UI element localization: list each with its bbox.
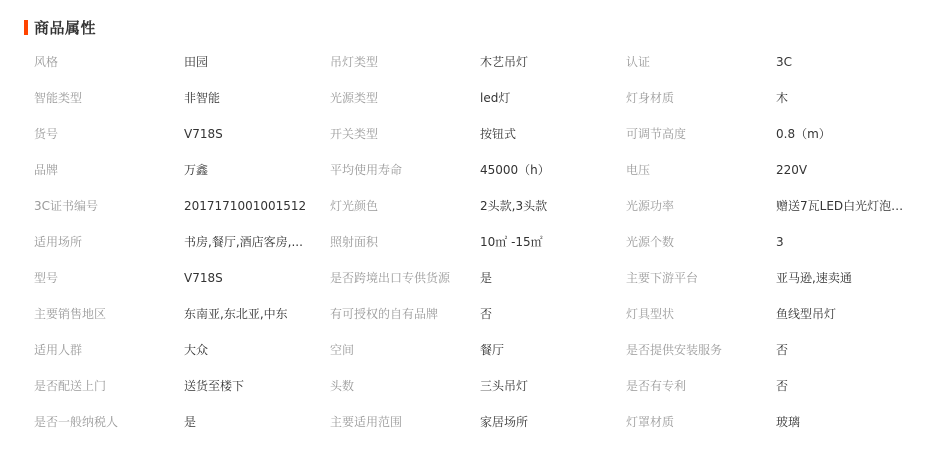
attribute-row: 型号V718S是否跨境出口专供货源是主要下游平台亚马逊,速卖通: [34, 260, 934, 296]
attributes-table: 风格田园吊灯类型木艺吊灯认证3C智能类型非智能光源类型led灯灯身材质木货号V7…: [34, 44, 934, 440]
attribute-value: 0.8（m）: [776, 116, 904, 152]
attribute-value: 餐厅: [480, 332, 610, 368]
section-header: 商品属性: [24, 16, 96, 38]
attribute-label: 光源功率: [626, 188, 771, 224]
attribute-value: 按钮式: [480, 116, 610, 152]
attribute-row: 品牌万鑫平均使用寿命45000（h）电压220V: [34, 152, 934, 188]
attribute-value: 田园: [184, 44, 309, 80]
attribute-label: 照射面积: [330, 224, 475, 260]
attribute-value: 送货至楼下: [184, 368, 309, 404]
attribute-label: 货号: [34, 116, 174, 152]
attribute-label: 是否跨境出口专供货源: [330, 260, 475, 296]
attribute-value: 否: [776, 368, 904, 404]
attribute-row: 3C证书编号2017171001001512灯光颜色2头款,3头款光源功率赠送7…: [34, 188, 934, 224]
attribute-label: 头数: [330, 368, 475, 404]
attribute-label: 平均使用寿命: [330, 152, 475, 188]
attribute-label: 主要销售地区: [34, 296, 174, 332]
attribute-label: 吊灯类型: [330, 44, 475, 80]
attribute-value: 亚马逊,速卖通: [776, 260, 904, 296]
attribute-row: 适用人群大众空间餐厅是否提供安装服务否: [34, 332, 934, 368]
attribute-value: 2头款,3头款: [480, 188, 610, 224]
attribute-label: 是否配送上门: [34, 368, 174, 404]
attribute-value: 否: [480, 296, 610, 332]
attribute-value: 10㎡ -15㎡: [480, 224, 610, 260]
attribute-label: 灯罩材质: [626, 404, 771, 440]
attribute-row: 是否一般纳税人是主要适用范围家居场所灯罩材质玻璃: [34, 404, 934, 440]
attribute-label: 电压: [626, 152, 771, 188]
attribute-value: V718S: [184, 116, 309, 152]
attribute-value: 鱼线型吊灯: [776, 296, 904, 332]
attribute-value: 非智能: [184, 80, 309, 116]
attribute-label: 光源个数: [626, 224, 771, 260]
attribute-label: 认证: [626, 44, 771, 80]
attribute-label: 智能类型: [34, 80, 174, 116]
attribute-value: 45000（h）: [480, 152, 610, 188]
attribute-value: 书房,餐厅,酒店客房,...: [184, 224, 309, 260]
attribute-row: 风格田园吊灯类型木艺吊灯认证3C: [34, 44, 934, 80]
attribute-label: 灯光颜色: [330, 188, 475, 224]
attribute-label: 可调节高度: [626, 116, 771, 152]
attribute-label: 3C证书编号: [34, 188, 174, 224]
attribute-value: 220V: [776, 152, 904, 188]
attribute-label: 有可授权的自有品牌: [330, 296, 475, 332]
attribute-label: 空间: [330, 332, 475, 368]
attribute-label: 品牌: [34, 152, 174, 188]
attribute-label: 是否提供安装服务: [626, 332, 771, 368]
attribute-value: 否: [776, 332, 904, 368]
attribute-value: 是: [480, 260, 610, 296]
attribute-value: 木: [776, 80, 904, 116]
attribute-row: 是否配送上门送货至楼下头数三头吊灯是否有专利否: [34, 368, 934, 404]
accent-bar: [24, 20, 28, 35]
attribute-label: 灯身材质: [626, 80, 771, 116]
attribute-value: 玻璃: [776, 404, 904, 440]
attribute-row: 适用场所书房,餐厅,酒店客房,...照射面积10㎡ -15㎡光源个数3: [34, 224, 934, 260]
attribute-label: 是否有专利: [626, 368, 771, 404]
attribute-label: 风格: [34, 44, 174, 80]
attribute-label: 是否一般纳税人: [34, 404, 174, 440]
attribute-value: led灯: [480, 80, 610, 116]
attribute-value: 2017171001001512: [184, 188, 309, 224]
attribute-label: 光源类型: [330, 80, 475, 116]
attribute-value: 万鑫: [184, 152, 309, 188]
attribute-value: 三头吊灯: [480, 368, 610, 404]
attribute-value: 3C: [776, 44, 904, 80]
attribute-label: 开关类型: [330, 116, 475, 152]
section-title: 商品属性: [34, 17, 96, 38]
attribute-label: 主要下游平台: [626, 260, 771, 296]
attribute-value: 大众: [184, 332, 309, 368]
attribute-label: 型号: [34, 260, 174, 296]
attribute-value: 家居场所: [480, 404, 610, 440]
attribute-value: 赠送7瓦LED白光灯泡,...: [776, 188, 904, 224]
attribute-row: 主要销售地区东南亚,东北亚,中东有可授权的自有品牌否灯具型状鱼线型吊灯: [34, 296, 934, 332]
attribute-value: 是: [184, 404, 309, 440]
attribute-row: 货号V718S开关类型按钮式可调节高度0.8（m）: [34, 116, 934, 152]
attribute-label: 适用场所: [34, 224, 174, 260]
attribute-value: 木艺吊灯: [480, 44, 610, 80]
attribute-value: 东南亚,东北亚,中东: [184, 296, 309, 332]
attribute-value: V718S: [184, 260, 309, 296]
attribute-label: 适用人群: [34, 332, 174, 368]
attribute-row: 智能类型非智能光源类型led灯灯身材质木: [34, 80, 934, 116]
attribute-label: 灯具型状: [626, 296, 771, 332]
attribute-value: 3: [776, 224, 904, 260]
attribute-label: 主要适用范围: [330, 404, 475, 440]
